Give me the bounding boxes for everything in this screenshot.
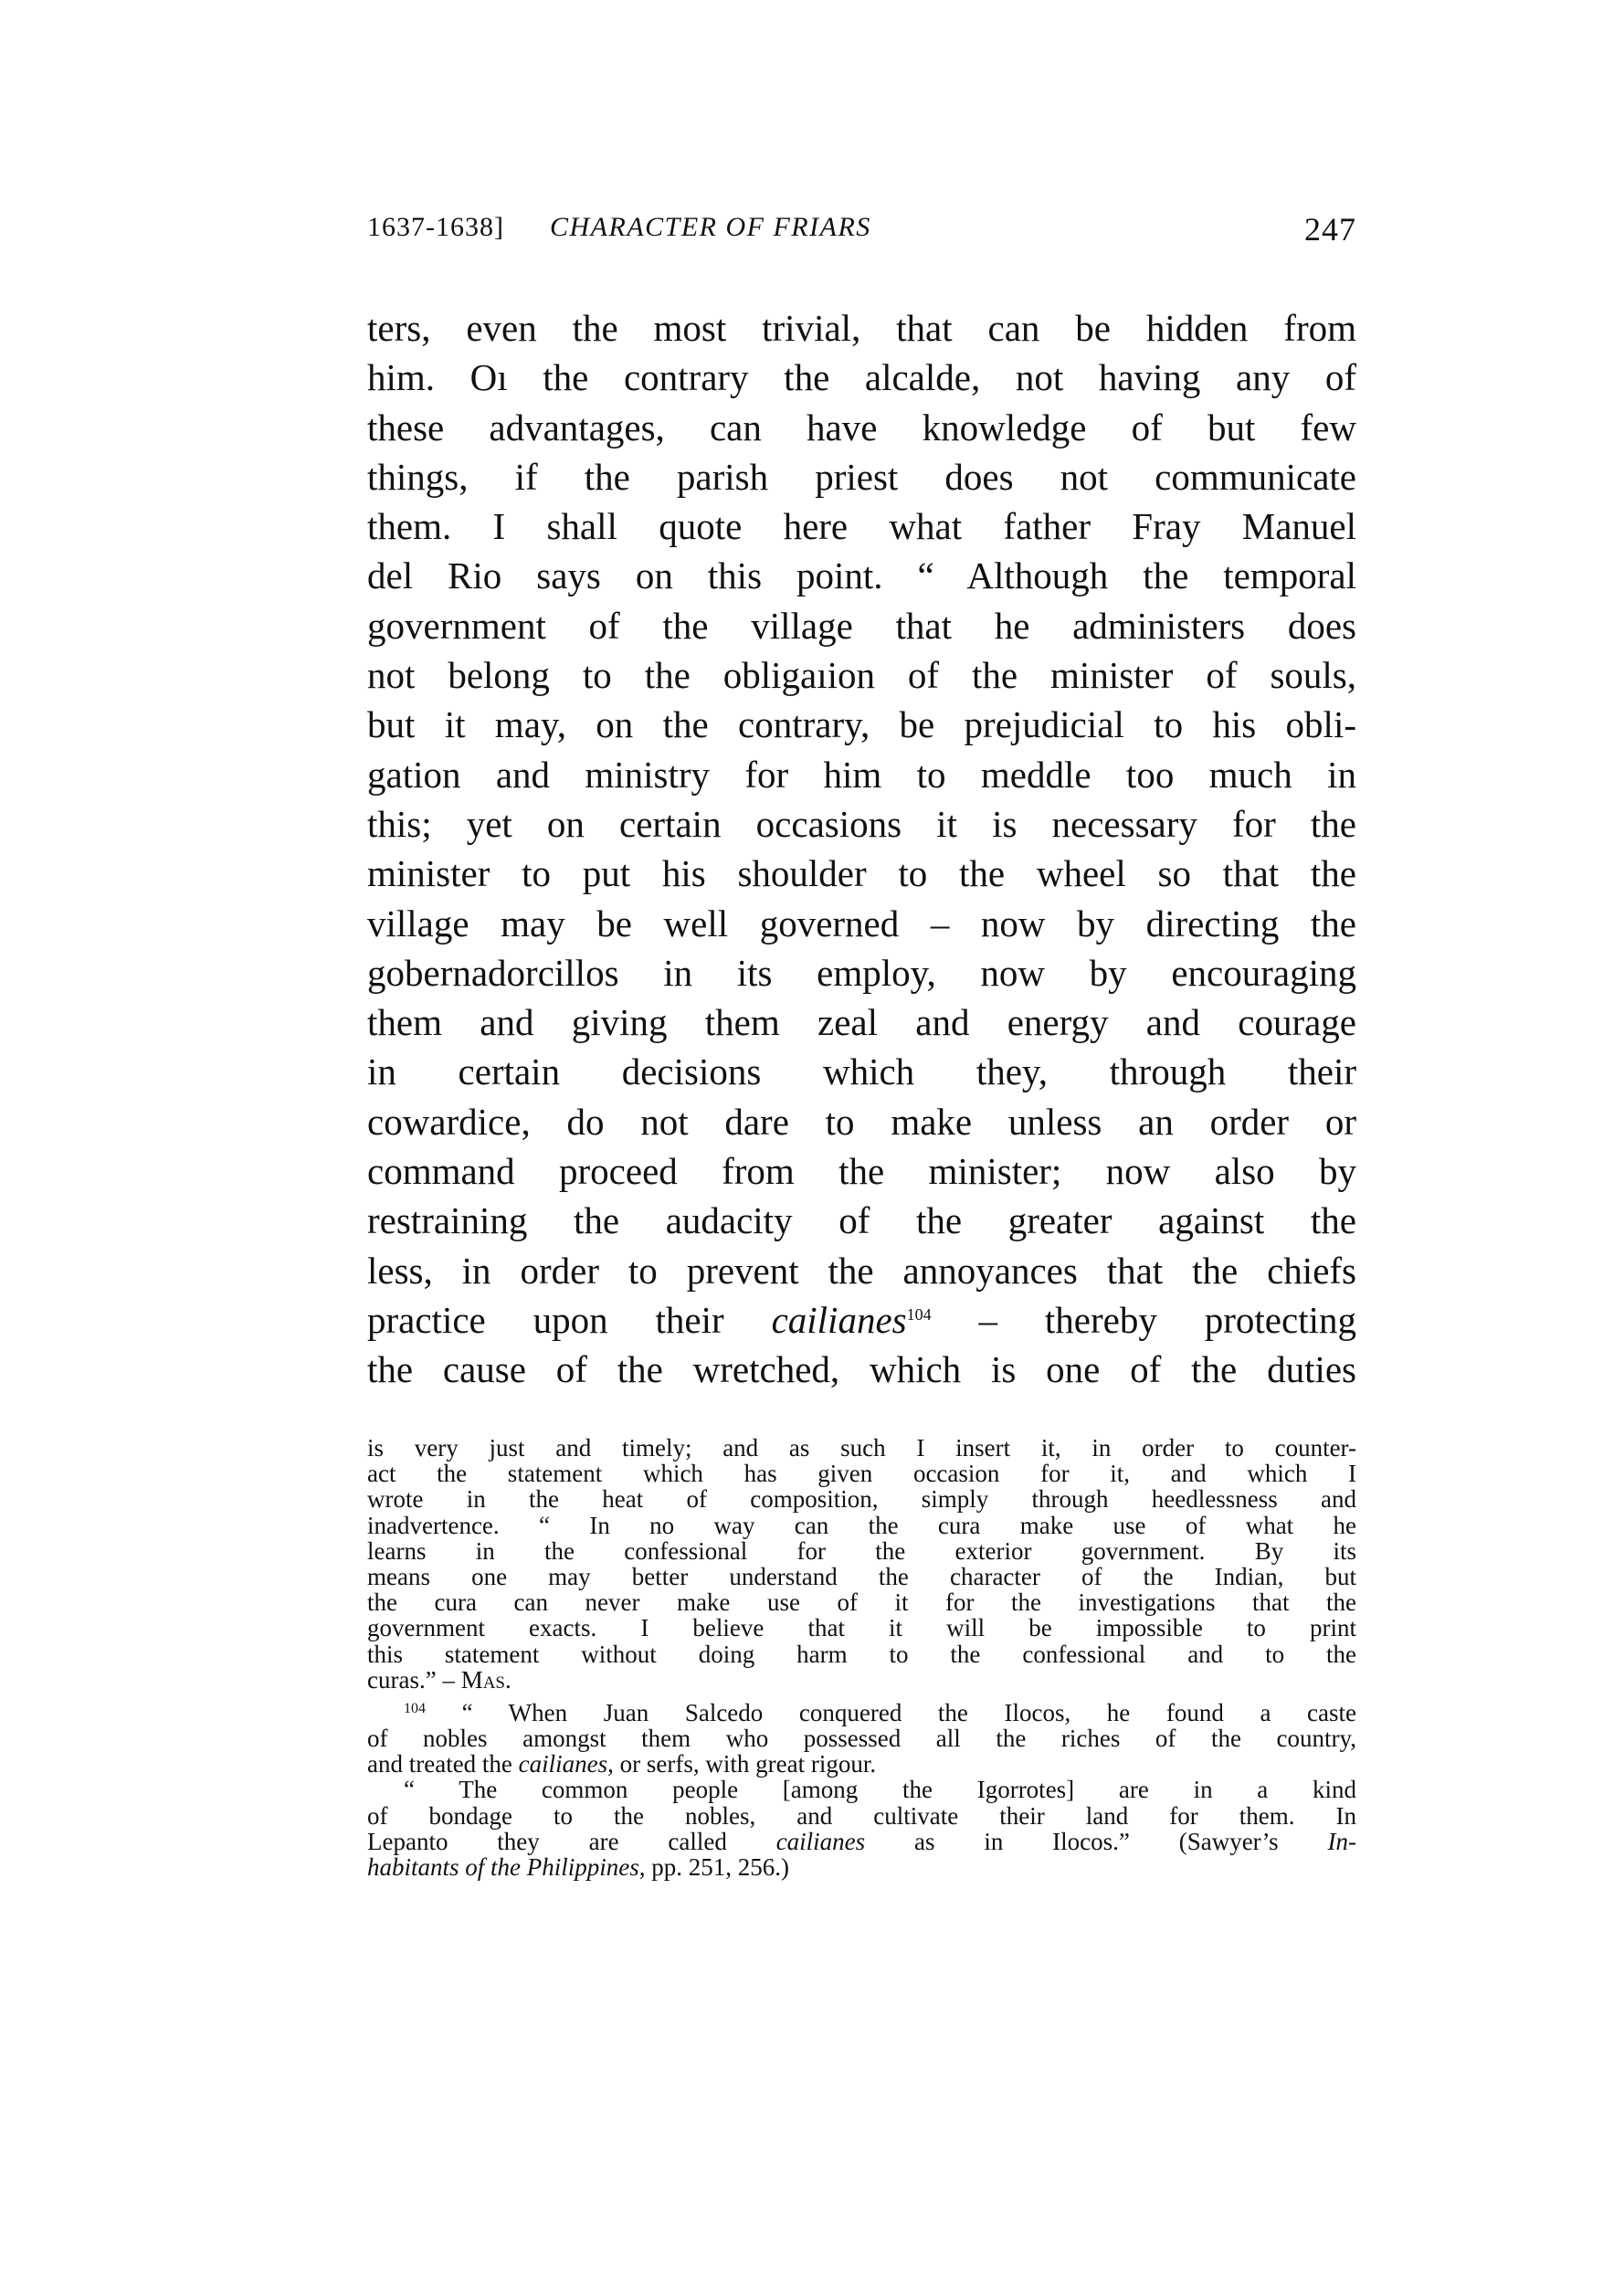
book-page: 1637-1638] CHARACTER OF FRIARS 247 ters,… xyxy=(0,0,1624,2269)
italic-term: cailianes xyxy=(519,1750,607,1778)
running-head-years: 1637-1638] xyxy=(367,212,504,243)
body-line: ters, even the most trivial, that can be… xyxy=(367,303,1356,353)
italic-term: cailianes xyxy=(776,1828,865,1855)
body-line: del Rio says on this point. “ Although t… xyxy=(367,551,1356,600)
body-line: gobernadorcillos in its employ, now by e… xyxy=(367,948,1356,997)
footnote-line: this statement without doing harm to the… xyxy=(367,1641,1356,1667)
footnote-line: of bondage to the nobles, and cultivate … xyxy=(367,1803,1356,1829)
body-line: restraining the audacity of the greater … xyxy=(367,1196,1356,1245)
footnote-line: and treated the cailianes, or serfs, wit… xyxy=(367,1751,1356,1777)
italic-title: In- xyxy=(1328,1828,1356,1855)
running-head: 1637-1638] CHARACTER OF FRIARS 247 xyxy=(367,212,1356,252)
footnote-line: 104 “ When Juan Salcedo conquered the Il… xyxy=(367,1700,1356,1725)
body-line: not belong to the obligaıion of the mini… xyxy=(367,650,1356,700)
body-line: them. I shall quote here what father Fra… xyxy=(367,501,1356,551)
footnote-line: inadvertence. “ In no way can the cura m… xyxy=(367,1513,1356,1538)
footnote-line: of nobles amongst them who possessed all… xyxy=(367,1725,1356,1751)
body-line-with-footnote-ref: practice upon their cailianes104 – there… xyxy=(367,1295,1356,1345)
body-line: the cause of the wretched, which is one … xyxy=(367,1345,1356,1394)
footnote-104: 104 “ When Juan Salcedo conquered the Il… xyxy=(367,1700,1356,1880)
text-run: and treated the xyxy=(367,1750,519,1778)
body-line: things, if the parish priest does not co… xyxy=(367,452,1356,501)
body-line: command proceed from the minister; now a… xyxy=(367,1146,1356,1196)
footnote-line: habitants of the Philippines, pp. 251, 2… xyxy=(367,1854,1356,1880)
page-number: 247 xyxy=(1304,210,1356,248)
footnote-line: Lepanto they are called cailianes as in … xyxy=(367,1829,1356,1854)
text-run: Lepanto they are called xyxy=(367,1828,776,1855)
text-run: as in Ilocos.” (Sawyer’s xyxy=(865,1828,1327,1855)
text-run: curas.” – xyxy=(367,1666,461,1694)
body-line: him. Oı the contrary the alcalde, not ha… xyxy=(367,353,1356,402)
italic-term: cailianes xyxy=(772,1299,907,1341)
running-head-title: CHARACTER OF FRIARS xyxy=(550,212,871,243)
text-run: practice upon their xyxy=(367,1299,772,1341)
footnote-line: “ The common people [among the Igorrotes… xyxy=(367,1777,1356,1802)
footnote-number: 104 xyxy=(404,1701,426,1716)
body-line: gation and ministry for him to meddle to… xyxy=(367,750,1356,799)
body-text: ters, even the most trivial, that can be… xyxy=(367,303,1356,1395)
footnote-line: act the statement which has given occasi… xyxy=(367,1461,1356,1486)
attribution: Mas. xyxy=(461,1666,511,1694)
body-line: in certain decisions which they, through… xyxy=(367,1047,1356,1096)
body-line: but it may, on the contrary, be prejudic… xyxy=(367,700,1356,749)
body-line: these advantages, can have knowledge of … xyxy=(367,403,1356,452)
footnote-line: government exacts. I believe that it wil… xyxy=(367,1615,1356,1641)
text-run: , pp. 251, 256.) xyxy=(639,1853,789,1881)
body-line: less, in order to prevent the annoyances… xyxy=(367,1246,1356,1295)
body-line: minister to put his shoulder to the whee… xyxy=(367,849,1356,898)
body-line: village may be well governed – now by di… xyxy=(367,899,1356,948)
footnote-line: the cura can never make use of it for th… xyxy=(367,1589,1356,1615)
footnote-line: means one may better understand the char… xyxy=(367,1564,1356,1589)
text-run: “ When Juan Salcedo conquered the Ilocos… xyxy=(462,1699,1356,1726)
italic-title: habitants of the Philippines xyxy=(367,1853,639,1881)
footnote-line: curas.” – Mas. xyxy=(367,1667,1356,1693)
body-line: government of the village that he admini… xyxy=(367,601,1356,650)
text-run: – thereby protecting xyxy=(932,1299,1356,1341)
body-line: cowardice, do not dare to make unless an… xyxy=(367,1097,1356,1146)
footnotes: is very just and timely; and as such I i… xyxy=(367,1435,1356,1880)
footnote-line: wrote in the heat of composition, simply… xyxy=(367,1486,1356,1512)
body-line: them and giving them zeal and energy and… xyxy=(367,997,1356,1047)
text-run: , or serfs, with great rigour. xyxy=(607,1750,876,1778)
footnote-continuation: is very just and timely; and as such I i… xyxy=(367,1435,1356,1693)
footnote-line: is very just and timely; and as such I i… xyxy=(367,1435,1356,1461)
body-line: this; yet on certain occasions it is nec… xyxy=(367,799,1356,849)
footnote-reference[interactable]: 104 xyxy=(907,1305,932,1324)
footnote-line: learns in the confessional for the exter… xyxy=(367,1538,1356,1564)
